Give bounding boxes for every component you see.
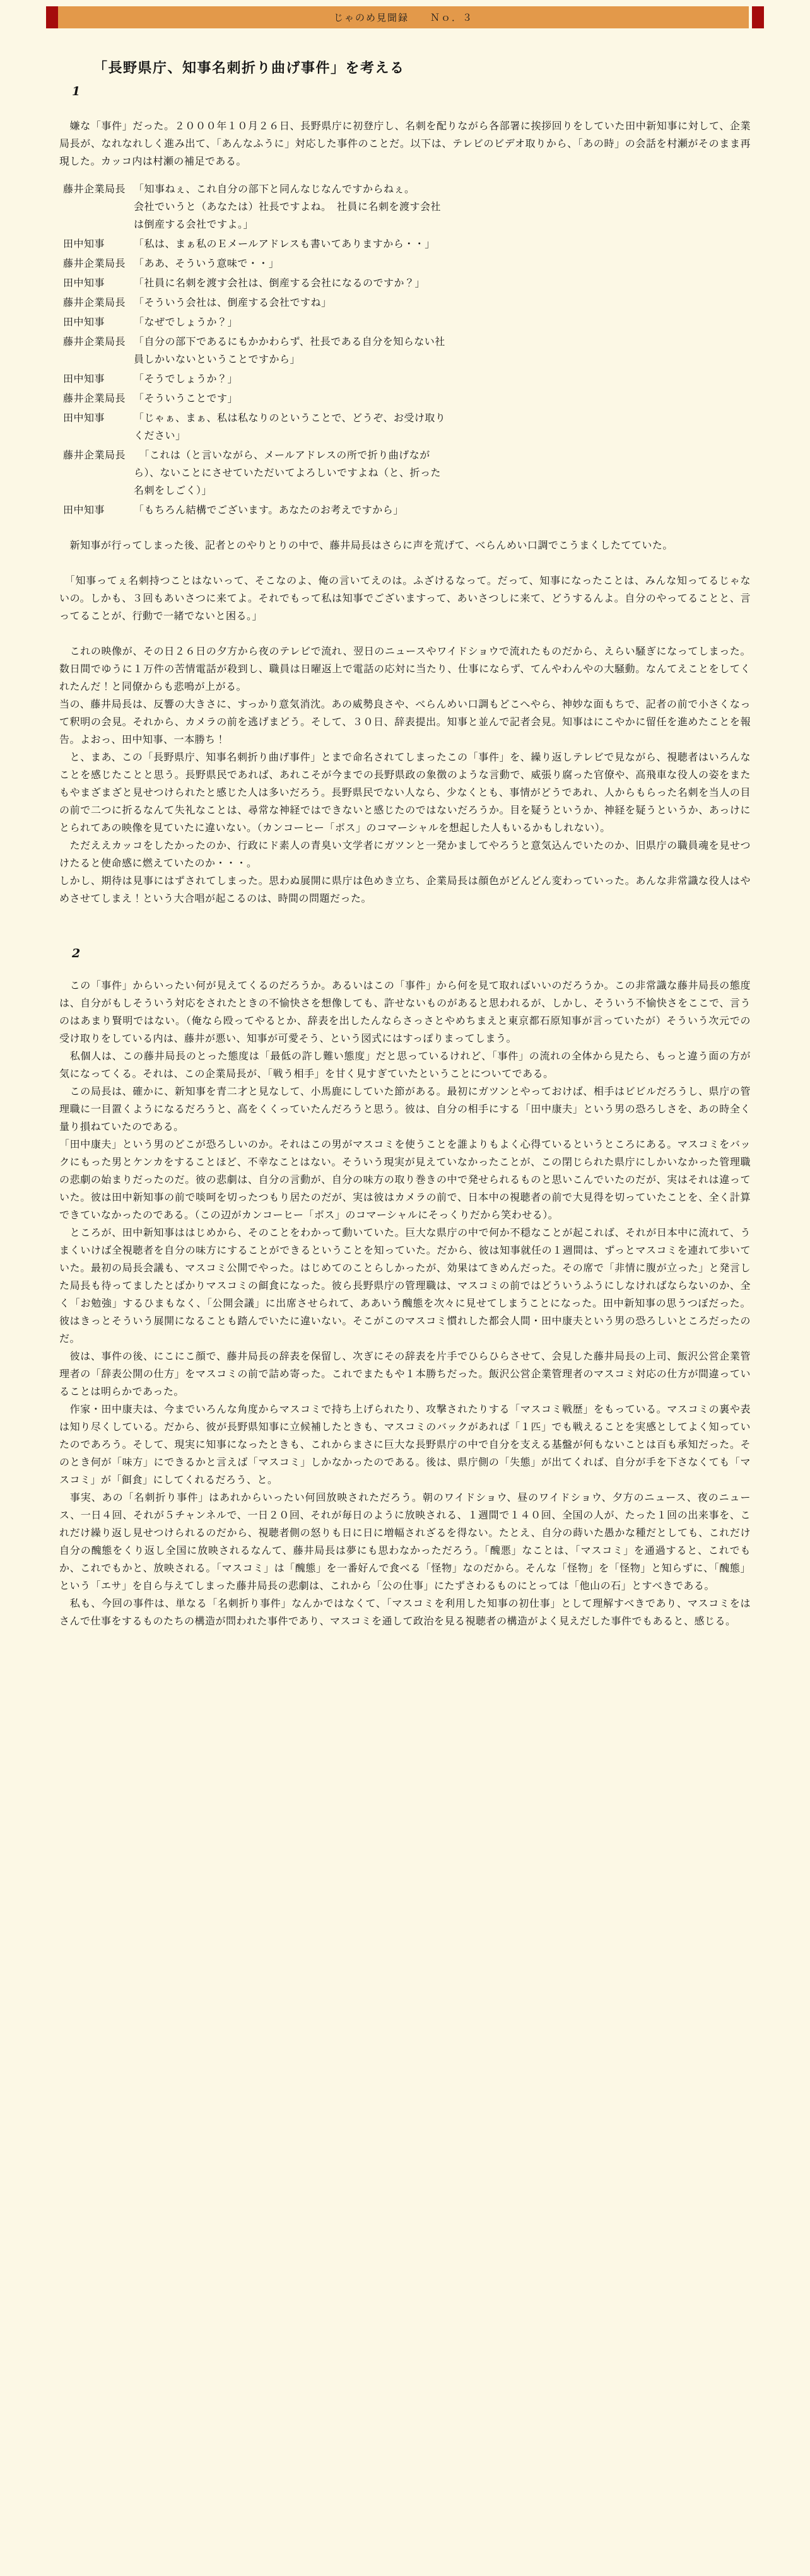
dialogue-speaker: 藤井企業局長 xyxy=(63,294,134,312)
paragraph: この局長は、確かに、新知事を青二才と見なして、小馬鹿にしていた節がある。最初にガ… xyxy=(59,1083,751,1136)
dialogue-speaker: 藤井企業局長 xyxy=(63,390,134,407)
dialogue-speech: 「そういうことです」 xyxy=(134,390,238,407)
section2-number: 2 xyxy=(72,947,810,960)
dialogue-speaker: 田中知事 xyxy=(63,370,134,388)
page-title: 「長野県庁、知事名刺折り曲げ事件」を考える xyxy=(93,57,810,77)
dialogue-speech: 「なぜでしょうか？」 xyxy=(134,313,238,331)
page: じゃのめ見聞録 Ｎｏ．３ 「長野県庁、知事名刺折り曲げ事件」を考える 1 嫌な「… xyxy=(0,0,810,2576)
dialogue-row: 藤井企業局長 「そういう会社は、倒産する会社ですね」 xyxy=(63,294,810,312)
paragraph: 彼は、事件の後、にこにこ顔で、藤井局長の辞表を保留し、次ぎにその辞表を片手でひら… xyxy=(59,1348,751,1401)
dialogue-speaker: 田中知事 xyxy=(63,501,134,519)
dialogue-transcript: 藤井企業局長 「知事ねぇ、これ自分の部下と同んなじなんですからねぇ。 会社でいう… xyxy=(63,180,810,519)
dialogue-speech: 「知事ねぇ、これ自分の部下と同んなじなんですからねぇ。 会社でいうと（あなたは）… xyxy=(134,180,441,233)
paragraph: ところが、田中新知事ははじめから、そのことをわかって動いていた。巨大な県庁の中で… xyxy=(59,1224,751,1348)
section1-narrative: これの映像が、その日２６日の夕方から夜のテレビで流れ、翌日のニュースやワイドショ… xyxy=(59,643,751,907)
section2-body: この「事件」からいったい何が見えてくるのだろうか。あるいはこの「事件」から何を見… xyxy=(59,977,751,1630)
dialogue-row: 田中知事 「なぜでしょうか？」 xyxy=(63,313,810,331)
dialogue-speech: 「私は、まぁ私のＥメールアドレスも書いてありますから・・」 xyxy=(134,235,435,253)
dialogue-row: 田中知事 「じゃぁ、まぁ、私は私なりのということで、どうぞ、お受け取り ください… xyxy=(63,409,810,445)
top-banner: じゃのめ見聞録 Ｎｏ．３ xyxy=(0,0,810,28)
paragraph: しかし、期待は見事にはずされてしまった。思わぬ展開に県庁は色めき立ち、企業局長は… xyxy=(59,872,751,907)
dialogue-row: 田中知事 「そうでしょうか？」 xyxy=(63,370,810,388)
paragraph: 事実、あの「名刺折り事件」はあれからいったい何回放映されただろう。朝のワイドショ… xyxy=(59,1489,751,1595)
dialogue-row: 田中知事 「私は、まぁ私のＥメールアドレスも書いてありますから・・」 xyxy=(63,235,810,253)
dialogue-row: 藤井企業局長 「これは（と言いながら、メールアドレスの所で折り曲げなが ら）、な… xyxy=(63,446,810,499)
dialogue-speech: 「もちろん結構でございます。あなたのお考えですから」 xyxy=(134,501,404,519)
section1-commentary: 新知事が行ってしまった後、記者とのやりとりの中で、藤井局長はさらに声を荒げて、べ… xyxy=(59,537,751,625)
dialogue-speech: 「社員に名刺を渡す会社は、倒産する会社になるのですか？」 xyxy=(134,274,425,292)
banner-title: じゃのめ見聞録 Ｎｏ．３ xyxy=(334,11,473,24)
dialogue-row: 田中知事 「もちろん結構でございます。あなたのお考えですから」 xyxy=(63,501,810,519)
left-red-square xyxy=(46,6,58,28)
paragraph: 私個人は、この藤井局長のとった態度は「最低の許し難い態度」だと思っているけれど、… xyxy=(59,1047,751,1083)
dialogue-speaker: 藤井企業局長 xyxy=(63,333,134,368)
banner-bar: じゃのめ見聞録 Ｎｏ．３ xyxy=(58,6,749,28)
paragraph: この「事件」からいったい何が見えてくるのだろうか。あるいはこの「事件」から何を見… xyxy=(59,977,751,1047)
dialogue-speaker: 藤井企業局長 xyxy=(63,180,134,233)
dialogue-speech: 「そういう会社は、倒産する会社ですね」 xyxy=(134,294,332,312)
section1-body: 嫌な「事件」だった。２０００年１０月２６日、長野県庁に初登庁し、名刺を配りながら… xyxy=(59,117,751,170)
dialogue-row: 藤井企業局長 「そういうことです」 xyxy=(63,390,810,407)
dialogue-speech: 「自分の部下であるにもかかわらず、社長である自分を知らない社 員しかいないという… xyxy=(134,333,445,368)
paragraph: 「知事ってぇ名刺持つことはないって、そこなのよ、俺の言いてえのは。ふざけるなって… xyxy=(59,572,751,625)
paragraph: 当の、藤井局長は、反響の大きさに、すっかり意気消沈。あの威勢良さや、べらんめい口… xyxy=(59,696,751,749)
paragraph: 新知事が行ってしまった後、記者とのやりとりの中で、藤井局長はさらに声を荒げて、べ… xyxy=(59,537,751,554)
dialogue-speech: 「これは（と言いながら、メールアドレスの所で折り曲げなが ら）、ないことにさせて… xyxy=(134,446,441,499)
dialogue-speech: 「じゃぁ、まぁ、私は私なりのということで、どうぞ、お受け取り ください」 xyxy=(134,409,445,445)
dialogue-row: 藤井企業局長 「ああ、そういう意味で・・」 xyxy=(63,255,810,272)
dialogue-row: 田中知事 「社員に名刺を渡す会社は、倒産する会社になるのですか？」 xyxy=(63,274,810,292)
dialogue-speech: 「そうでしょうか？」 xyxy=(134,370,238,388)
paragraph: これの映像が、その日２６日の夕方から夜のテレビで流れ、翌日のニュースやワイドショ… xyxy=(59,643,751,696)
dialogue-speaker: 田中知事 xyxy=(63,235,134,253)
intro-paragraph: 嫌な「事件」だった。２０００年１０月２６日、長野県庁に初登庁し、名刺を配りながら… xyxy=(59,117,751,170)
dialogue-speech: 「ああ、そういう意味で・・」 xyxy=(134,255,279,272)
paragraph: 作家・田中康夫は、今までいろんな角度からマスコミで持ち上げられたり、攻撃されたり… xyxy=(59,1401,751,1489)
paragraph: と、まあ、この「長野県庁、知事名刺折り曲げ事件」とまで命名されてしまったこの「事… xyxy=(59,749,751,837)
dialogue-row: 藤井企業局長 「知事ねぇ、これ自分の部下と同んなじなんですからねぇ。 会社でいう… xyxy=(63,180,810,233)
dialogue-speaker: 田中知事 xyxy=(63,274,134,292)
paragraph: 私も、今回の事件は、単なる「名刺折り事件」なんかではなくて、「マスコミを利用した… xyxy=(59,1595,751,1630)
dialogue-row: 藤井企業局長 「自分の部下であるにもかかわらず、社長である自分を知らない社 員し… xyxy=(63,333,810,368)
bottom-whitespace xyxy=(0,1630,810,2576)
paragraph: ただええカッコをしたかったのか、行政にド素人の青臭い文学者にガツンと一発かまして… xyxy=(59,837,751,872)
dialogue-speaker: 藤井企業局長 xyxy=(63,446,134,499)
paragraph: 「田中康夫」という男のどこが恐ろしいのか。それはこの男がマスコミを使うことを誰よ… xyxy=(59,1136,751,1224)
dialogue-speaker: 田中知事 xyxy=(63,313,134,331)
dialogue-speaker: 藤井企業局長 xyxy=(63,255,134,272)
section1-number: 1 xyxy=(72,85,810,98)
right-red-square xyxy=(752,6,764,28)
dialogue-speaker: 田中知事 xyxy=(63,409,134,445)
